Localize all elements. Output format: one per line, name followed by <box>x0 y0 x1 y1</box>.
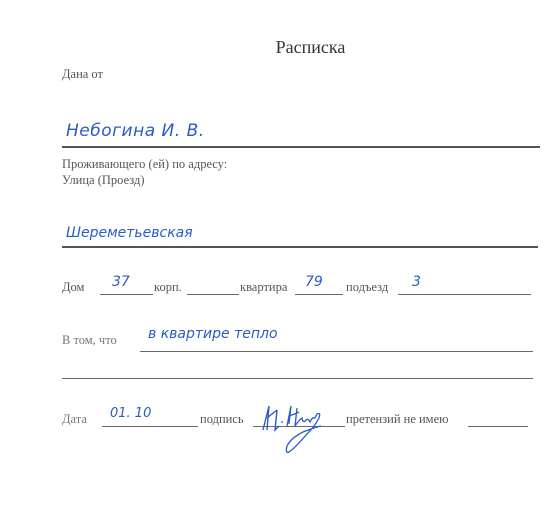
house-label: Дом <box>62 280 84 295</box>
street-line <box>62 246 538 248</box>
date-value[interactable]: 01. 10 <box>110 406 151 421</box>
house-line <box>100 294 153 295</box>
reason-line-2 <box>62 378 533 379</box>
date-label: Дата <box>62 412 87 427</box>
house-value[interactable]: 37 <box>112 274 130 290</box>
apartment-value[interactable]: 79 <box>305 274 323 290</box>
given-from-label: Дана от <box>62 67 103 82</box>
given-from-value[interactable]: Небогина И. В. <box>66 121 205 141</box>
reason-line-1 <box>140 351 533 352</box>
apartment-line <box>295 294 343 295</box>
entrance-value[interactable]: 3 <box>412 274 421 290</box>
signature-label: подпись <box>200 412 244 427</box>
apartment-label: квартира <box>240 280 287 295</box>
entrance-line <box>398 294 531 295</box>
entrance-label: подъезд <box>346 280 388 295</box>
reason-value[interactable]: в квартире тепло <box>148 326 278 342</box>
street-label: Улица (Проезд) <box>62 173 145 188</box>
reason-label: В том, что <box>62 333 117 348</box>
given-from-line <box>62 146 540 148</box>
document-title: Расписка <box>0 37 559 58</box>
street-value[interactable]: Шереметьевская <box>66 225 193 241</box>
building-label: корп. <box>154 280 182 295</box>
building-line <box>187 294 239 295</box>
date-line <box>102 426 198 427</box>
no-claims-line <box>468 426 528 427</box>
no-claims-label: претензий не имею <box>346 412 448 427</box>
residing-label: Проживающего (ей) по адресу: <box>62 157 227 172</box>
handwritten-signature <box>255 400 335 460</box>
